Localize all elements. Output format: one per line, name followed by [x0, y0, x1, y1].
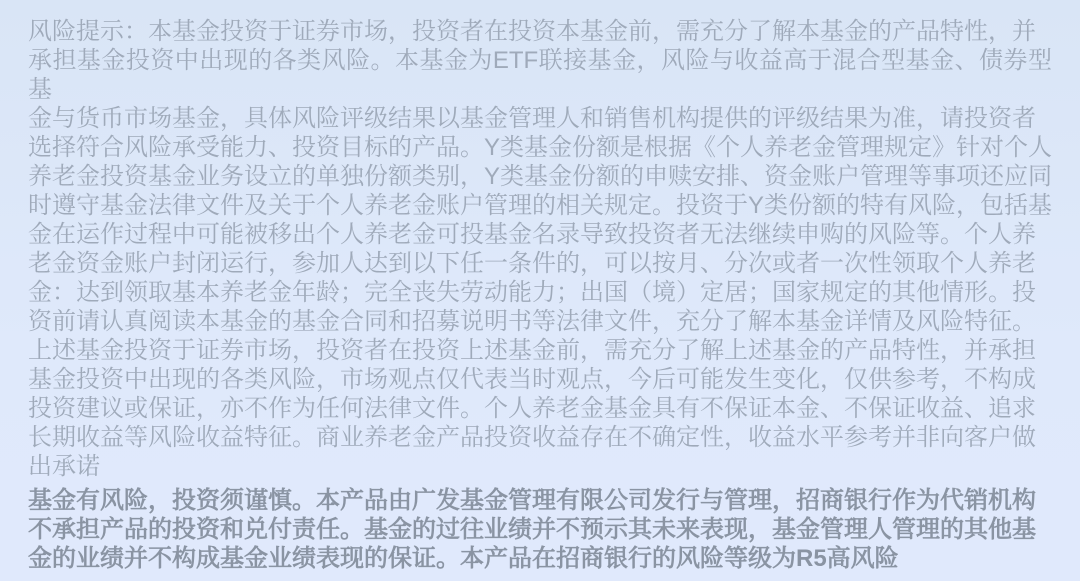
risk-disclaimer-section: 风险提示：本基金投资于证券市场，投资者在投资本基金前，需充分了解本基金的产品特性… [0, 0, 1080, 581]
risk-notice-paragraph: 风险提示：本基金投资于证券市场，投资者在投资本基金前，需充分了解本基金的产品特性… [28, 17, 1052, 481]
sales-agent-disclaimer-paragraph: 基金有风险，投资须谨慎。本产品由广发基金管理有限公司发行与管理，招商银行作为代销… [28, 486, 1052, 573]
